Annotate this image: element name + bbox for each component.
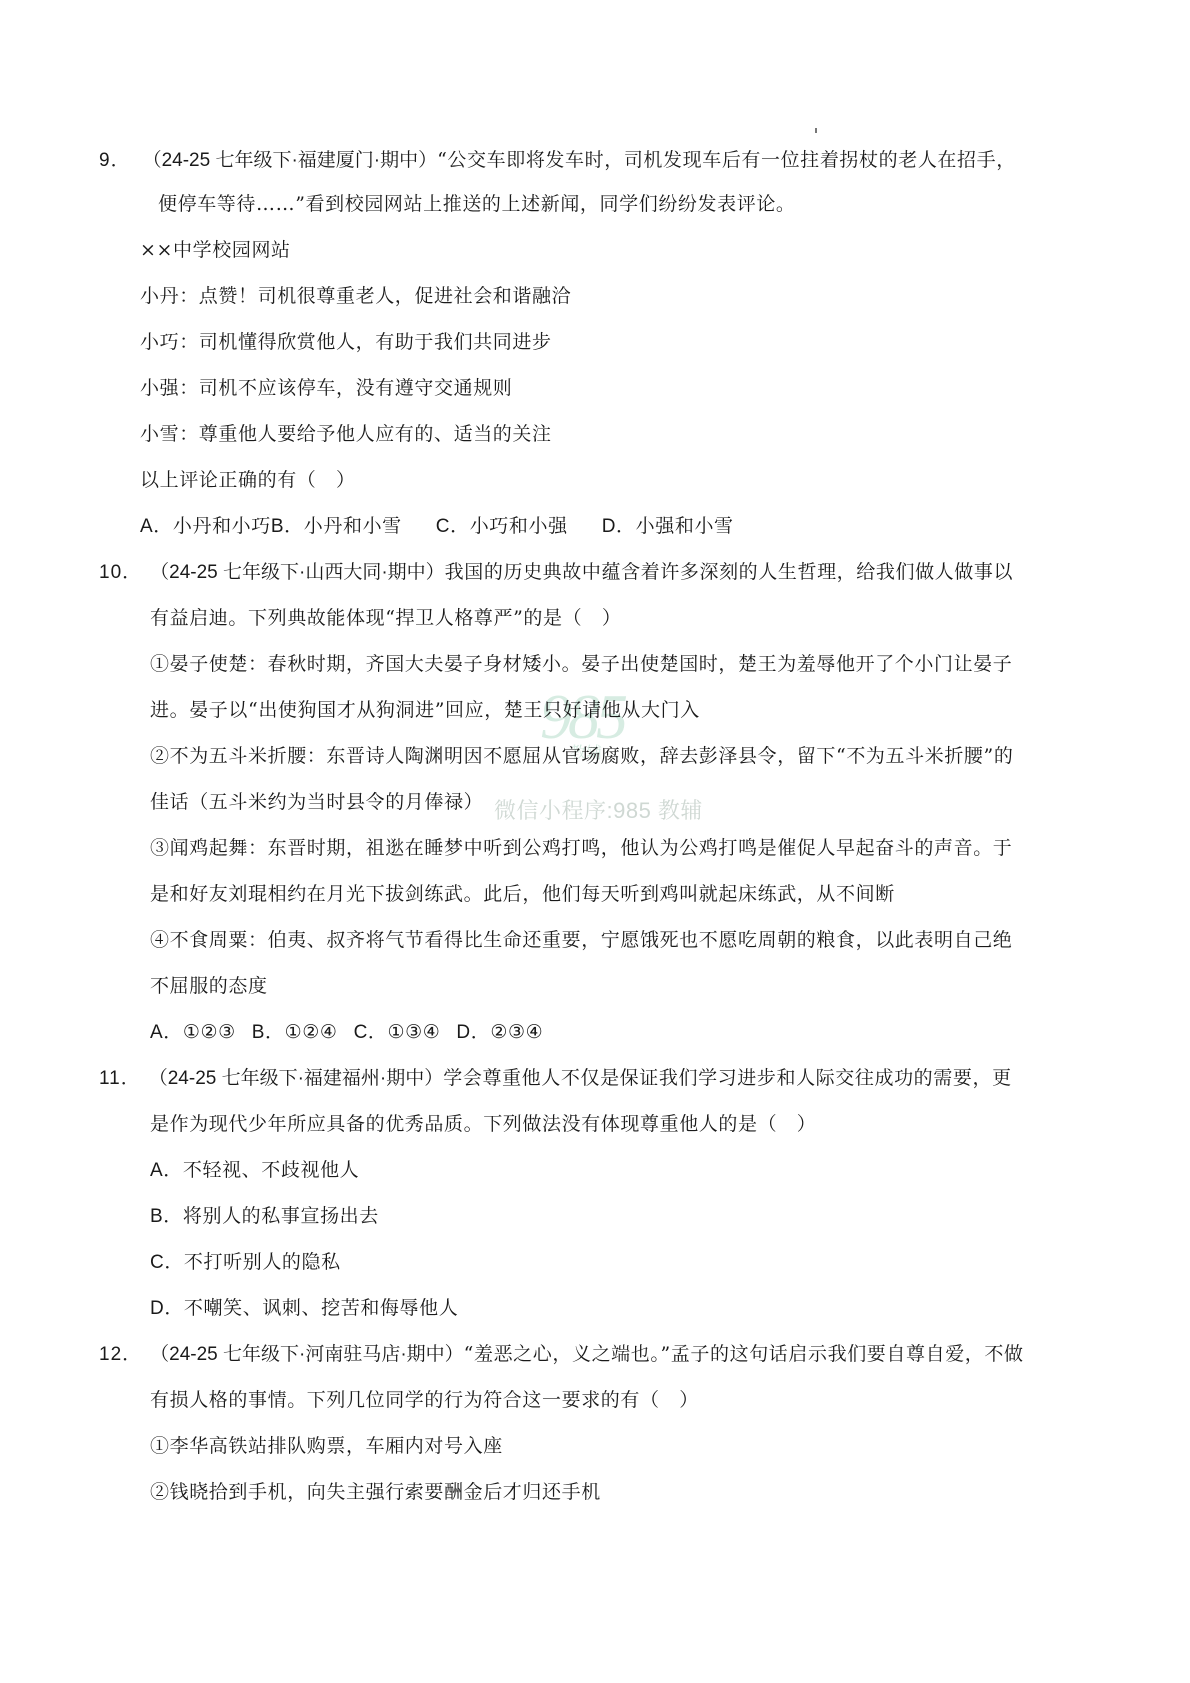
option-d[interactable]: D．小强和小雪: [602, 515, 734, 537]
question-9-options: A．小丹和小巧B．小丹和小雪C．小巧和小强D．小强和小雪: [140, 514, 734, 539]
item-3-line-2: 是和好友刘琨相约在月光下拔剑练武。此后，他们每天听到鸡叫就起床练武，从不间断: [150, 882, 895, 906]
comment-xiaoqiang: 小强：司机不应该停车，没有遵守交通规则: [140, 376, 512, 400]
comment-xiaoqiao: 小巧：司机懂得欣赏他人，有助于我们共同进步: [140, 330, 552, 354]
item-2-line-2: 佳话（五斗米约为当时县令的月俸禄）: [150, 790, 483, 814]
question-11-stem-line-2: 是作为现代少年所应具备的优秀品质。下列做法没有体现尊重他人的是（ ）: [150, 1112, 816, 1136]
question-number: 11．: [99, 1068, 141, 1089]
item-3-line-1: ③闻鸡起舞：东晋时期，祖逖在睡梦中听到公鸡打鸣，他认为公鸡打鸣是催促人早起奋斗的…: [150, 836, 1012, 860]
option-d[interactable]: D．②③④: [456, 1021, 543, 1043]
question-number: 10．: [99, 562, 142, 583]
exam-page: 985 教辅 微信小程序:985 教辅 9．（24-25 七年级下·福建厦门·期…: [0, 0, 1190, 1683]
option-a[interactable]: A．不轻视、不歧视他人: [150, 1158, 359, 1183]
watermark-text: 微信小程序:985 教辅: [494, 794, 703, 825]
question-stem: 学会尊重他人不仅是保证我们学习进步和人际交往成功的需要，更: [443, 1067, 1011, 1089]
question-9-stem-line-1: 9．（24-25 七年级下·福建厦门·期中）“公交车即将发车时，司机发现车后有一…: [99, 148, 1016, 173]
question-number: 12．: [99, 1344, 142, 1365]
question-source: （24-25 七年级下·山西大同·期中）: [150, 562, 445, 583]
option-a[interactable]: A．①②③: [150, 1021, 236, 1043]
item-4-line-1: ④不食周粟：伯夷、叔齐将气节看得比生命还重要，宁愿饿死也不愿吃周朝的粮食，以此表…: [150, 928, 1012, 952]
question-source: （24-25 七年级下·河南驻马店·期中）: [150, 1344, 464, 1365]
item-2-line-1: ②不为五斗米折腰：东晋诗人陶渊明因不愿屈从官场腐败，辞去彭泽县令，留下“不为五斗…: [150, 744, 1013, 768]
question-number: 9．: [99, 150, 131, 171]
option-a[interactable]: A．小丹和小巧: [140, 515, 271, 537]
question-9-prompt: 以上评论正确的有（ ）: [140, 468, 356, 492]
option-b[interactable]: B．①②④: [252, 1021, 338, 1043]
option-b[interactable]: B．将别人的私事宣扬出去: [150, 1204, 379, 1229]
item-1-line-2: 进。晏子以“出使狗国才从狗洞进”回应，楚王只好请他从大门入: [150, 698, 700, 722]
option-b[interactable]: B．小丹和小雪: [271, 515, 402, 537]
question-source: （24-25 七年级下·福建厦门·期中）: [143, 150, 438, 171]
option-c[interactable]: C．①③④: [354, 1021, 441, 1043]
item-2: ②钱晓拾到手机，向失主强行索要酬金后才归还手机: [150, 1480, 601, 1504]
question-stem: 我国的历史典故中蕴含着许多深刻的人生哲理，给我们做人做事以: [445, 561, 1013, 583]
item-4-line-2: 不屈服的态度: [150, 974, 268, 998]
scan-mark: [815, 128, 817, 133]
question-12-stem-line-1: 12．（24-25 七年级下·河南驻马店·期中）“羞恶之心，义之端也。”孟子的这…: [99, 1342, 1024, 1367]
website-name: ××中学校园网站: [140, 238, 291, 262]
question-10-options: A．①②③B．①②④C．①③④D．②③④: [150, 1020, 543, 1045]
question-10-stem-line-2: 有益启迪。下列典故能体现“捍卫人格尊严”的是（ ）: [150, 606, 621, 630]
item-1: ①李华高铁站排队购票，车厢内对号入座: [150, 1434, 503, 1458]
option-d[interactable]: D．不嘲笑、讽刺、挖苦和侮辱他人: [150, 1296, 458, 1321]
comment-xiaoxue: 小雪：尊重他人要给予他人应有的、适当的关注: [140, 422, 552, 446]
option-c[interactable]: C．不打听别人的隐私: [150, 1250, 341, 1275]
question-11-stem-line-1: 11．（24-25 七年级下·福建福州·期中）学会尊重他人不仅是保证我们学习进步…: [99, 1066, 1012, 1091]
question-12-stem-line-2: 有损人格的事情。下列几位同学的行为符合这一要求的有（ ）: [150, 1388, 699, 1412]
comment-xiaodan: 小丹：点赞！司机很尊重老人，促进社会和谐融洽: [140, 284, 571, 308]
item-1-line-1: ①晏子使楚：春秋时期，齐国大夫晏子身材矮小。晏子出使楚国时，楚王为羞辱他开了个小…: [150, 652, 1012, 676]
question-10-stem-line-1: 10．（24-25 七年级下·山西大同·期中）我国的历史典故中蕴含着许多深刻的人…: [99, 560, 1013, 585]
question-stem: “羞恶之心，义之端也。”孟子的这句话启示我们要自尊自爱，不做: [464, 1343, 1024, 1365]
option-c[interactable]: C．小巧和小强: [436, 515, 568, 537]
question-source: （24-25 七年级下·福建福州·期中）: [149, 1068, 444, 1089]
question-9-stem-line-2: 便停车等待……”看到校园网站上推送的上述新闻，同学们纷纷发表评论。: [158, 192, 796, 216]
question-stem: “公交车即将发车时，司机发现车后有一位拄着拐杖的老人在招手，: [437, 149, 1016, 171]
